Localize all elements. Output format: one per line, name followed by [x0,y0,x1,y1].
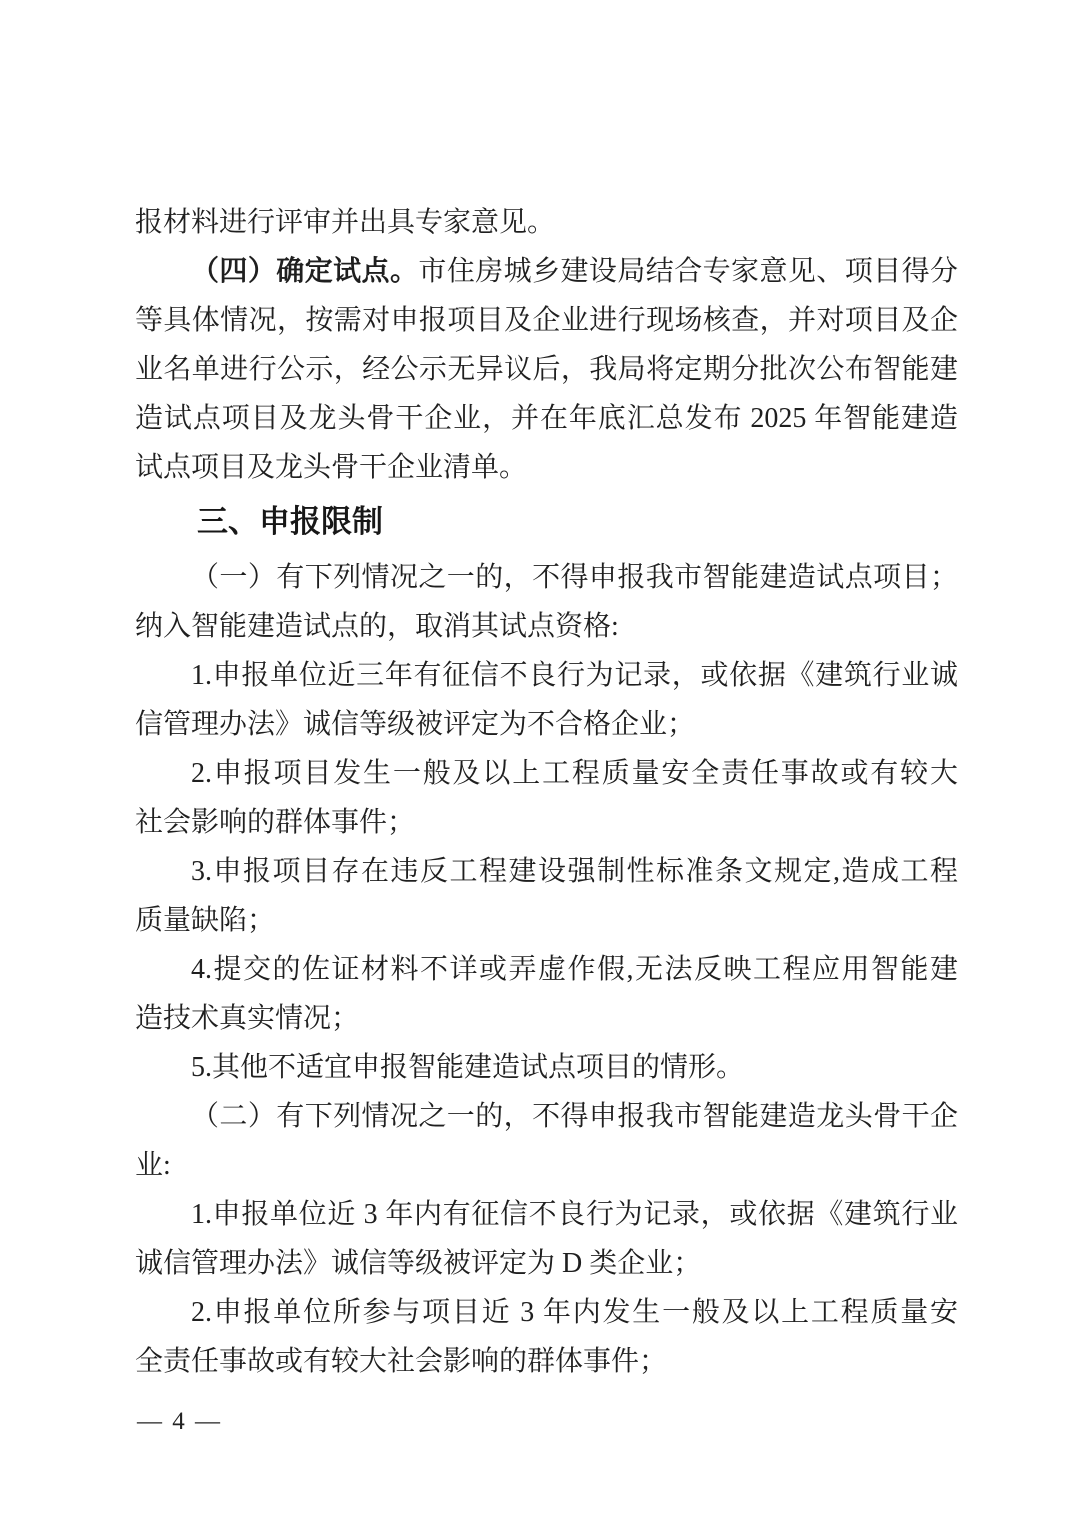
text-line: 全责任事故或有较大社会影响的群体事件； [135,1337,958,1386]
paragraph-lead: （四）确定试点。 [191,256,418,287]
text-line: 质量缺陷； [135,896,958,945]
text-line: 2.申报单位所参与项目近 3 年内发生一般及以上工程质量安 [135,1288,958,1337]
text-line: 社会影响的群体事件； [135,798,958,847]
page-footer: — 4 — [137,1405,222,1439]
text-line: 纳入智能建造试点的，取消其试点资格: [135,602,958,651]
text-line: 4.提交的佐证材料不详或弄虚作假,无法反映工程应用智能建 [135,945,958,994]
text-line: 造技术真实情况； [135,994,958,1043]
text-line: 业名单进行公示，经公示无异议后，我局将定期分批次公布智能建 [135,345,958,394]
document-body: 报材料进行评审并出具专家意见。（四）确定试点。市住房城乡建设局结合专家意见、项目… [135,198,958,1386]
text-line: 等具体情况，按需对申报项目及企业进行现场核查，并对项目及企 [135,296,958,345]
text-line: 试点项目及龙头骨干企业清单。 [135,443,958,492]
text-line: 造试点项目及龙头骨干企业，并在年底汇总发布 2025 年智能建造 [135,394,958,443]
text-line: 报材料进行评审并出具专家意见。 [135,198,958,247]
text-line: 1.申报单位近 3 年内有征信不良行为记录，或依据《建筑行业 [135,1190,958,1239]
text-line: 3.申报项目存在违反工程建设强制性标准条文规定,造成工程 [135,847,958,896]
section-heading: 三、申报限制 [135,497,958,546]
page-number: — 4 — [137,1408,222,1435]
text-line: 1.申报单位近三年有征信不良行为记录，或依据《建筑行业诚 [135,651,958,700]
text-line: 2.申报项目发生一般及以上工程质量安全责任事故或有较大 [135,749,958,798]
text-line: （二）有下列情况之一的，不得申报我市智能建造龙头骨干企 [135,1092,958,1141]
text-line: （四）确定试点。市住房城乡建设局结合专家意见、项目得分 [135,247,958,296]
text-line: 5.其他不适宜申报智能建造试点项目的情形。 [135,1043,958,1092]
text-line: 诚信管理办法》诚信等级被评定为 D 类企业； [135,1239,958,1288]
text-line: （一）有下列情况之一的，不得申报我市智能建造试点项目； [135,553,958,602]
text-line: 信管理办法》诚信等级被评定为不合格企业； [135,700,958,749]
text-line: 业: [135,1141,958,1190]
